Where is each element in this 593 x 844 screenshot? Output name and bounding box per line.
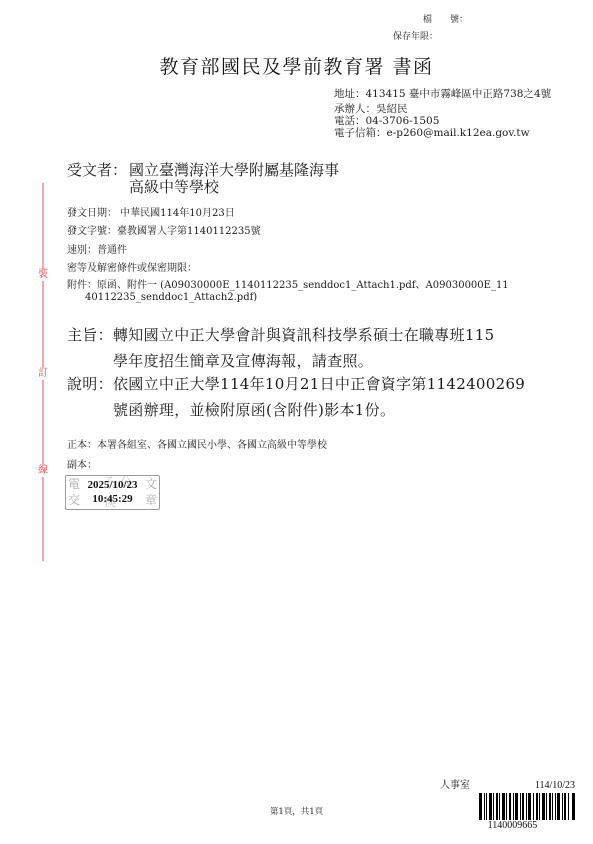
- address: 地址：413415 臺中市霧峰區中正路738之4號: [334, 88, 551, 100]
- binding-char-xian: 線: [35, 465, 51, 477]
- original-recipients: 正本：本署各組室、各國立國民小學、各國立高級中等學校: [67, 440, 327, 452]
- electronic-exchange-stamp: 電 交 文 章 子 公 換 2025/10/23 10:45:29: [65, 475, 160, 510]
- recipient-label: 受文者：: [67, 162, 129, 179]
- explanation-block: 說明：依國立中正大學114年10月21日中正會資字第1142400269 號函辦…: [67, 371, 525, 423]
- stamp-date: 2025/10/23: [66, 479, 159, 492]
- binding-char-ding: 訂: [35, 368, 51, 380]
- attachment-line1: 附件：原函、附件一 (A09030000E_1140112235_senddoc…: [67, 280, 509, 292]
- binding-char-zhuang: 裝: [35, 269, 51, 281]
- document-title: 教育部國民及學前教育署 書函: [0, 52, 593, 79]
- receive-date: 114/10/23: [535, 780, 575, 792]
- subject-block: 主旨：轉知國立中正大學會計與資訊科技學系碩士在職專班115 學年度招生簡章及宣傳…: [67, 322, 494, 374]
- stamp-time: 10:45:29: [66, 493, 159, 506]
- barcode-number: 1140009665: [440, 820, 575, 831]
- receipt-barcode: 人事室 114/10/23 1140009665: [440, 780, 575, 831]
- recipient-block: 受文者：國立臺灣海洋大學附屬基隆海事 高級中等學校: [67, 162, 339, 196]
- email: 電子信箱：e-p260@mail.k12ea.gov.tw: [334, 127, 551, 139]
- explanation-line2: 號函辦理，並檢附原函(含附件)影本1份。: [67, 397, 525, 423]
- secrecy-level: 密等及解密條件或保密期限：: [67, 263, 197, 275]
- handler: 承辦人：吳紹民: [334, 103, 551, 115]
- copy-recipients: 副本：: [67, 460, 97, 472]
- contact-block: 地址：413415 臺中市霧峰區中正路738之4號 承辦人：吳紹民 電話：04-…: [334, 88, 551, 139]
- issue-number: 發文字號：臺教國署人字第1140112235號: [67, 226, 261, 238]
- recipient-name-line2: 高級中等學校: [67, 179, 339, 196]
- explanation-label: 說明：: [67, 371, 113, 397]
- subject-label: 主旨：: [67, 322, 113, 348]
- attachment-line2: 40112235_senddoc1_Attach2.pdf): [67, 292, 509, 304]
- subject-line1: 轉知國立中正大學會計與資訊科技學系碩士在職專班115: [113, 326, 494, 344]
- phone: 電話：04-3706-1505: [334, 115, 551, 127]
- retention-period-label: 保存年限：: [393, 31, 438, 43]
- attachment-block: 附件：原函、附件一 (A09030000E_1140112235_senddoc…: [67, 280, 509, 304]
- barcode-icon: [440, 793, 575, 820]
- file-number-label: 檔 號：: [423, 14, 468, 26]
- recipient-name-line1: 國立臺灣海洋大學附屬基隆海事: [129, 161, 339, 179]
- delivery-speed: 速別：普通件: [67, 245, 127, 257]
- issue-date: 發文日期： 中華民國114年10月23日: [67, 208, 235, 220]
- explanation-line1: 依國立中正大學114年10月21日中正會資字第1142400269: [113, 375, 525, 393]
- receiving-department: 人事室: [440, 780, 470, 792]
